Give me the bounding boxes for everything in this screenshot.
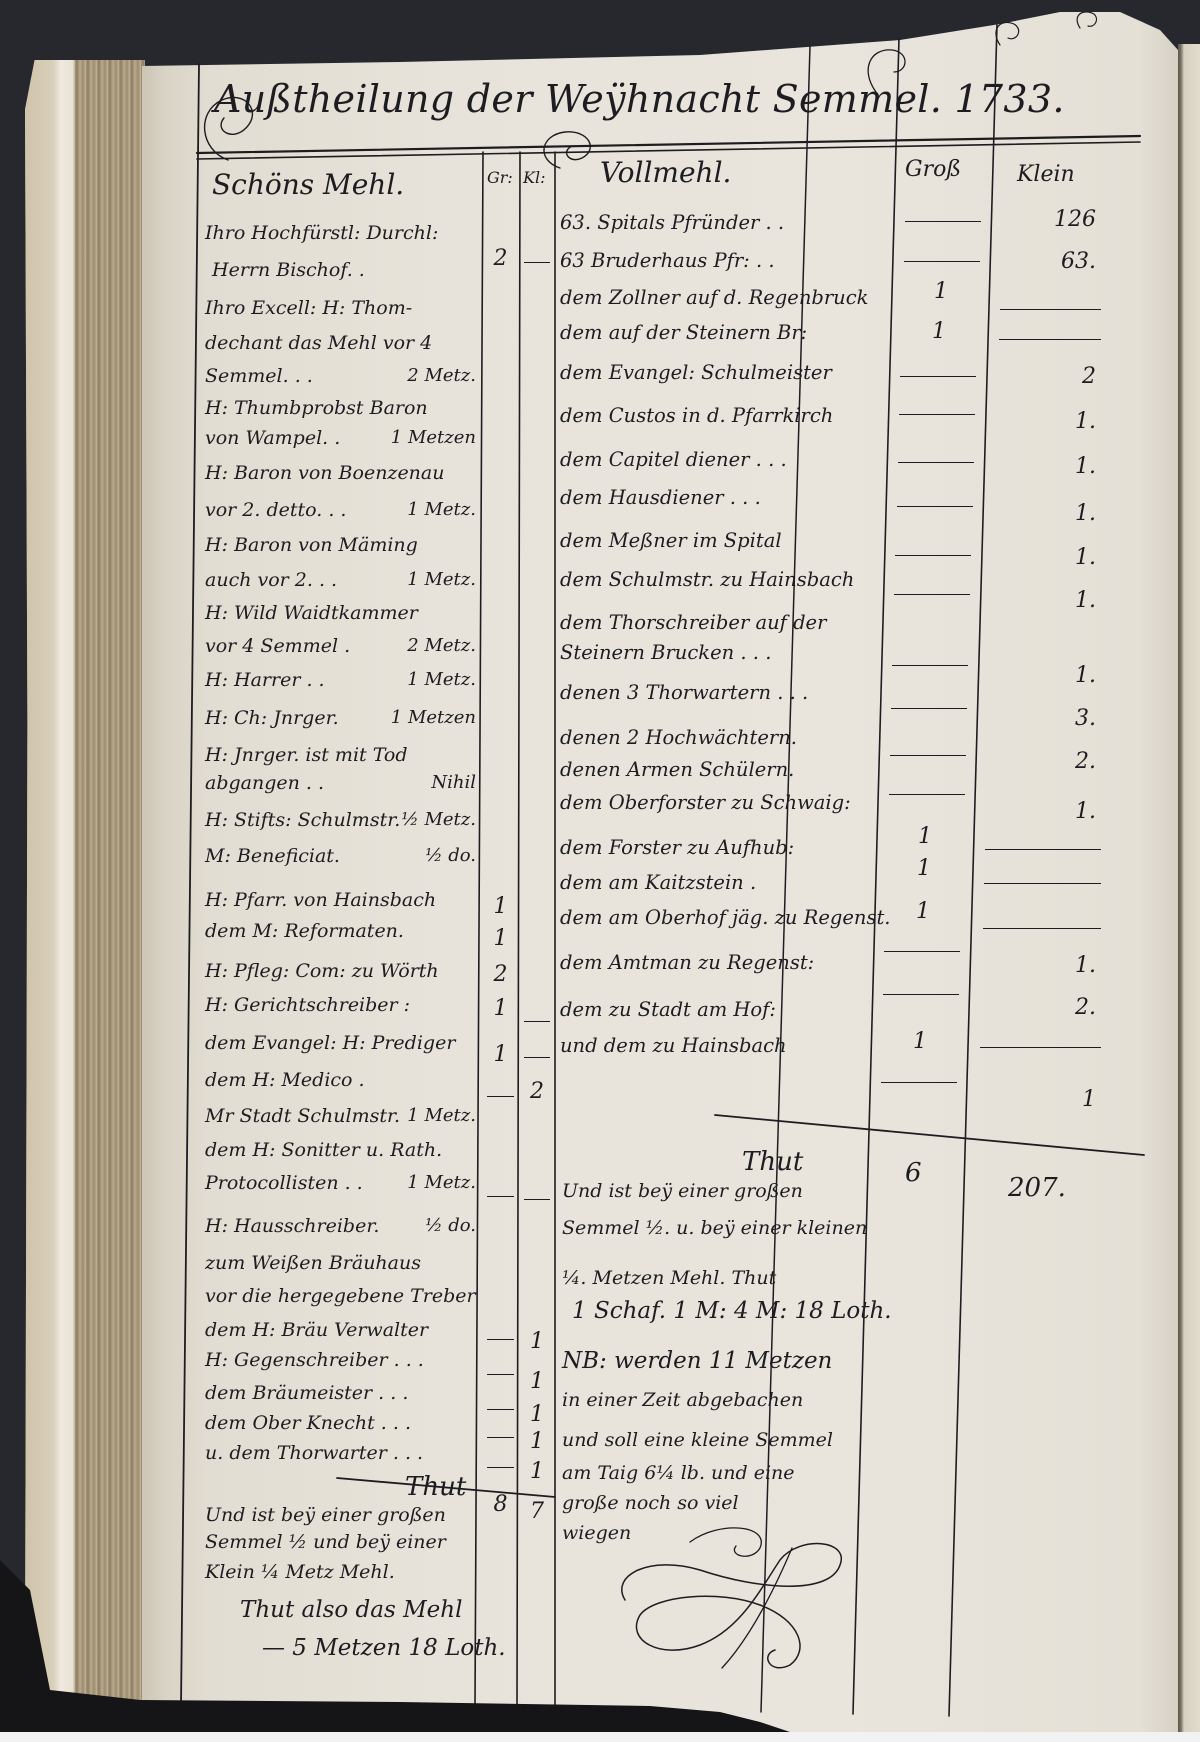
entry-line: vor 4 Semmel . [205,634,350,658]
entry-line: dem Meßner im Spital [560,529,782,553]
klein-total: 207. [1008,1173,1066,1203]
entry-line: zum Weißen Bräuhaus [205,1251,421,1275]
gross-value: — [880,975,962,999]
kl-value: — [521,1180,553,1204]
gr-value: — [484,1448,517,1472]
entry-line: 63 Bruderhaus Pfr: . . [560,249,775,273]
entry-line: H: Ch: Jnrger. [205,706,339,730]
middle-note-line: NB: werden 11 Metzen [562,1347,832,1375]
entry-line: dem zu Stadt am Hof: [560,998,776,1022]
gross-value: — [896,395,978,419]
gr-value: 1 [484,997,517,1021]
entry-line: H: Harrer . . [205,668,325,692]
entry-line: dem M: Reformaten. [205,919,404,943]
kl-value: 1 [521,1330,553,1354]
entry-line: Ihro Excell: H: Thom- [205,296,412,320]
entry-line: denen Armen Schülern. [560,758,794,782]
kl-value: 1 [521,1403,553,1427]
entry-line: dem Forster zu Aufhub: [560,836,794,860]
klein-value: 3. [986,707,1104,731]
left-note-line: Und ist beÿ einer großen [205,1503,446,1527]
klein-value: 1. [987,664,1104,688]
ledger-photo: Außtheilung der Weÿhnacht Semmel. 1733. … [0,0,1200,1742]
entry-line: dechant das Mehl vor 4 [205,331,432,355]
entry-line: Ihro Hochfürstl: Durchl: [205,221,438,245]
entry-line: H: Thumbprobst Baron [205,396,428,420]
gr-value: — [484,1355,517,1379]
entry-line: dem am Oberhof jäg. zu Regenst. [560,906,891,930]
klein-value: — [981,864,1104,888]
gr-value: — [484,1418,517,1442]
gross-column-header: Groß [905,157,961,183]
entry-line: dem Capitel diener . . . [560,448,787,472]
klein-value: 1. [994,410,1104,434]
entry-line: H: Pfleg: Com: zu Wörth [205,959,439,983]
klein-value: — [980,909,1104,933]
gross-value: — [881,932,963,956]
entry-line: H: Jnrger. ist mit Tod [205,743,408,767]
entry-line: 63. Spitals Pfründer . . [560,211,784,235]
entry-line: H: Pfarr. von Hainsbach [205,888,436,912]
entry-line: Mr Stadt Schulmstr. [205,1104,400,1128]
gross-value: — [886,775,968,799]
gross-value: — [878,1063,960,1087]
entry-line: u. dem Thorwarter . . . [205,1441,423,1465]
klein-value: — [977,1028,1104,1052]
gr-value: — [484,1320,517,1344]
entry-line: denen 3 Thorwartern . . . [560,681,808,705]
entry-line: dem H: Sonitter u. Rath. [205,1138,442,1162]
entry-line: dem H: Medico . [205,1068,365,1092]
middle-note-line: ¼. Metzen Mehl. Thut [562,1266,776,1290]
entry-line: dem H: Bräu Verwalter [205,1318,428,1342]
middle-note-line: wiegen [562,1521,631,1545]
klein-value: 2 [995,365,1104,389]
gross-value: 1 [898,320,980,344]
entry-amount: 1 Metz. [407,1104,476,1128]
entry-line: H: Stifts: Schulmstr. [205,808,400,832]
entry-line: H: Gegenschreiber . . . [205,1348,424,1372]
middle-note-line: Und ist beÿ einer großen [562,1179,803,1203]
left-note-line: Thut also das Mehl [240,1596,462,1624]
entry-line: dem Amtman zu Regenst: [560,951,814,975]
left-note-line: Klein ¼ Metz Mehl. [205,1560,395,1584]
entry-amount: ½ do. [425,844,476,868]
klein-value: 1. [989,589,1104,613]
klein-value: — [996,320,1104,344]
book-page-edges [25,60,145,1710]
entry-amount: 2 Metz. [407,364,476,388]
gr-value: — [484,1077,517,1101]
entry-line: dem Zollner auf d. Regenbruck [560,286,868,310]
klein-value: 126 [1000,208,1104,232]
gr-value: 1 [484,895,517,919]
gross-value: 1 [882,900,964,924]
entry-line: abgangen . . [205,771,324,795]
kl-value: 1 [521,1370,553,1394]
middle-note-line: Semmel ½. u. beÿ einer kleinen [562,1216,867,1240]
left-section-header: Schöns Mehl. [212,169,404,201]
gross-value: — [902,202,984,226]
entry-line: Protocollisten . . [205,1171,363,1195]
gr-value: 2 [484,963,517,987]
image-bottom-border [0,1732,1200,1742]
gr-total: 8 [484,1493,517,1517]
klein-value: 63. [998,250,1104,274]
entry-amount: 1 Metz. [407,568,476,592]
gross-value: — [901,242,983,266]
middle-note-line: große noch so viel [562,1491,739,1515]
klein-value: 1. [979,954,1104,978]
middle-section-header: Vollmehl. [600,157,731,189]
entry-line: dem Evangel: H: Prediger [205,1031,455,1055]
entry-line: H: Wild Waidtkammer [205,601,418,625]
entry-amount: 1 Metzen [391,426,476,450]
gross-value: — [891,575,973,599]
gross-value: — [888,689,970,713]
kl-value: — [521,1002,553,1026]
entry-amount: 1 Metzen [391,706,476,730]
klein-value: 2. [984,750,1104,774]
entry-line: dem Thorschreiber auf der [560,611,826,635]
gross-value: 1 [900,280,982,304]
kl-value: — [521,1038,553,1062]
gr-value: — [484,1177,517,1201]
entry-line: dem Oberforster zu Schwaig: [560,791,851,815]
gr-value: 1 [484,927,517,951]
entry-line: dem Custos in d. Pfarrkirch [560,404,833,428]
klein-value: — [982,830,1104,854]
gr-value: 1 [484,1043,517,1067]
middle-note-line: am Taig 6¼ lb. und eine [562,1461,795,1485]
entry-line: vor die hergegebene Treber [205,1284,476,1308]
gross-value: — [894,487,976,511]
entry-line: H: Gerichtschreiber : [205,993,410,1017]
gross-value: — [887,736,969,760]
entry-line: Steinern Brucken . . . [560,641,771,665]
entry-line: denen 2 Hochwächtern. [560,726,797,750]
entry-line: H: Baron von Boenzenau [205,461,445,485]
klein-value: 2. [978,996,1104,1020]
entry-line: dem Bräumeister . . . [205,1381,408,1405]
entry-amount: 1 Metz. [407,668,476,692]
gr-column-header: Gr: [487,168,513,188]
entry-line: dem Evangel: Schulmeister [560,361,832,385]
gross-value: 1 [879,1030,961,1054]
gr-value: — [484,1390,517,1414]
gross-value: — [889,646,971,670]
left-note-total: — 5 Metzen 18 Loth. [262,1634,506,1662]
page-title: Außtheilung der Weÿhnacht Semmel. 1733. [214,76,1065,122]
entry-line: dem am Kaitzstein . [560,871,756,895]
left-total-label: Thut [405,1472,466,1502]
klein-value: — [997,290,1104,314]
middle-note-total: 1 Schaf. 1 M: 4 M: 18 Loth. [572,1297,892,1325]
entry-line: H: Baron von Mäming [205,533,418,557]
klein-value: 1. [983,800,1104,824]
entry-line: dem auf der Steinern Br: [560,321,807,345]
gross-total: 6 [905,1158,922,1188]
kl-column-header: Kl: [523,168,545,188]
middle-note-line: in einer Zeit abgebachen [562,1388,803,1412]
entry-line: M: Beneficiat. [205,844,340,868]
klein-column-header: Klein [1017,162,1075,188]
entry-line: Herrn Bischof. . [212,258,365,282]
middle-note-line: und soll eine kleine Semmel [562,1428,833,1452]
kl-value: 2 [521,1080,553,1104]
klein-value: 1. [993,455,1104,479]
entry-line: auch vor 2. . . [205,568,337,592]
entry-amount: 2 Metz. [407,634,476,658]
entry-line: dem Schulmstr. zu Hainsbach [560,568,854,592]
entry-line: H: Hausschreiber. [205,1214,379,1238]
entry-amount: 1 Metz. [407,498,476,522]
klein-value: 1. [990,546,1104,570]
middle-total-label: Thut [742,1147,803,1177]
kl-total: 7 [521,1500,553,1524]
kl-value: — [521,243,553,267]
kl-value: 1 [521,1460,553,1484]
entry-amount: ½ do. [425,1214,476,1238]
gross-value: — [897,357,979,381]
entry-line: vor 2. detto. . . [205,498,346,522]
gross-value: 1 [884,825,966,849]
kl-value: 1 [521,1430,553,1454]
entry-line: und dem zu Hainsbach [560,1034,787,1058]
gross-value: — [892,536,974,560]
entry-line: von Wampel. . [205,426,340,450]
entry-line: dem Ober Knecht . . . [205,1411,411,1435]
entry-amount: ½ Metz. [401,808,476,832]
left-note-line: Semmel ½ und beÿ einer [205,1530,446,1554]
facing-page-edge [1178,44,1200,1742]
entry-line: Semmel. . . [205,364,313,388]
entry-line: dem Hausdiener . . . [560,486,761,510]
entry-amount: Nihil [431,771,476,795]
gross-value: — [895,443,977,467]
gr-value: 2 [484,247,517,271]
gross-value: 1 [883,857,965,881]
klein-value: 1. [991,502,1104,526]
klein-value: 1 [975,1088,1104,1112]
entry-amount: 1 Metz. [407,1171,476,1195]
